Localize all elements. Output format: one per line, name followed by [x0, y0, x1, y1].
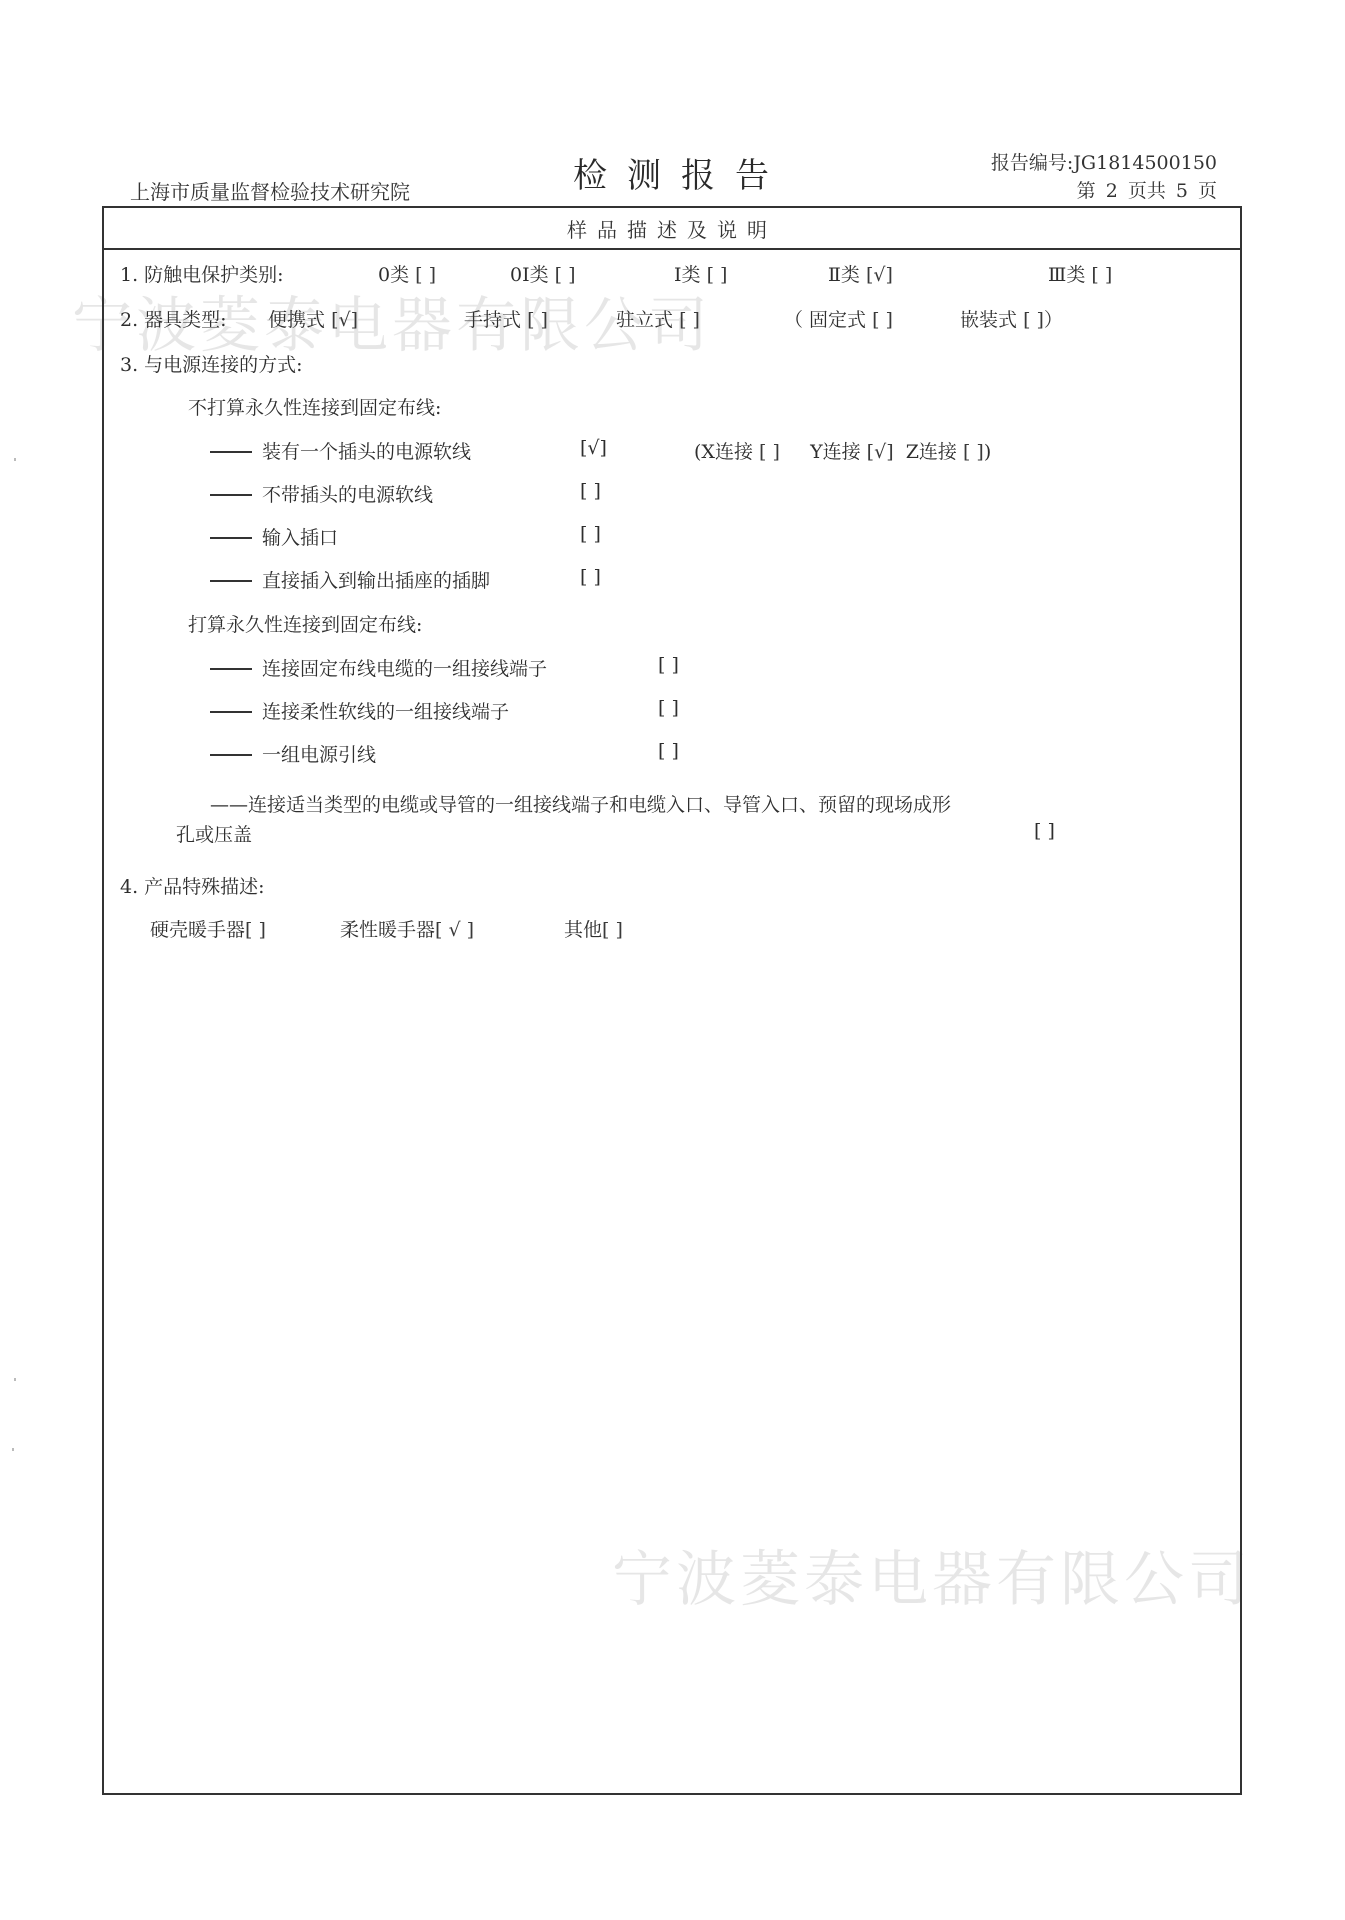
permanent-row-supply-leads: 一组电源引线 — [210, 740, 376, 767]
checkbox[interactable]: [ ] — [555, 264, 576, 286]
option-label: 0类 — [378, 264, 409, 286]
item4-option-hard-shell[interactable]: 硬壳暖手器[ ] — [150, 915, 266, 942]
item2-option-built-in[interactable]: 嵌装式 [ ]） — [960, 305, 1063, 332]
permanent-row-flexible-cord-terminals: 连接柔性软线的一组接线端子 — [210, 697, 509, 724]
checkbox[interactable]: [ ] — [580, 523, 601, 545]
item1-option-classI[interactable]: Ⅰ类 [ ] — [674, 260, 727, 287]
item4-option-other[interactable]: 其他[ ] — [564, 915, 623, 942]
dash-marker — [210, 711, 252, 713]
non-permanent-row-cord-no-plug: 不带插头的电源软线 — [210, 480, 433, 507]
row-label: 装有一个插头的电源软线 — [262, 441, 471, 463]
item3-label: 3. 与电源连接的方式: — [120, 350, 303, 377]
option-label: 0Ⅰ类 — [510, 264, 549, 286]
dash-marker — [210, 754, 252, 756]
item4-label: 4. 产品特殊描述: — [120, 872, 265, 899]
option-label: 其他 — [564, 919, 602, 941]
option-label: 驻立式 — [616, 309, 673, 331]
report-number: 报告编号:JG1814500150 — [991, 148, 1217, 175]
option-label: Ⅰ类 — [674, 264, 701, 286]
row-label: 输入插口 — [262, 527, 338, 549]
item2-option-fixed[interactable]: （ 固定式 [ ] — [784, 305, 893, 332]
row-label: 直接插入到输出插座的插脚 — [262, 570, 490, 592]
checkbox-x-attachment[interactable]: [ ] — [759, 441, 780, 463]
checkbox[interactable]: [ ] — [1034, 820, 1055, 842]
row-label: 连接柔性软线的一组接线端子 — [262, 701, 509, 723]
checkbox[interactable]: [ ] — [707, 264, 728, 286]
option-label-x: X连接 — [701, 441, 753, 463]
checkbox-checked[interactable]: [√] — [580, 437, 607, 459]
checkbox[interactable]: [ ] — [658, 654, 679, 676]
paren-close: ) — [984, 441, 991, 463]
row-label: 一组电源引线 — [262, 744, 376, 766]
option-label: 手持式 — [464, 309, 521, 331]
item1-option-classII[interactable]: Ⅱ类 [√] — [828, 260, 893, 287]
checkbox-checked[interactable]: [√] — [866, 264, 893, 286]
report-number-value: JG1814500150 — [1073, 152, 1217, 174]
option-label: Ⅱ类 — [828, 264, 860, 286]
item2-option-handheld[interactable]: 手持式 [ ] — [464, 305, 548, 332]
scan-speck — [14, 1378, 16, 1381]
dash-marker — [210, 580, 252, 582]
dash-marker — [210, 537, 252, 539]
scan-speck — [14, 458, 16, 461]
scan-speck — [12, 1448, 14, 1451]
dash-marker — [210, 494, 252, 496]
item2-option-stationary[interactable]: 驻立式 [ ] — [616, 305, 700, 332]
attachment-type-group: (X连接 [ ] Y连接 [√] Z连接 [ ]) — [694, 437, 991, 464]
content-frame: 样品描述及说明 1. 防触电保护类别: 0类 [ ] 0Ⅰ类 [ ] Ⅰ类 [ … — [102, 206, 1242, 1795]
option-label: 硬壳暖手器 — [150, 919, 245, 941]
item2-label: 2. 器具类型: — [120, 305, 227, 332]
checkbox[interactable]: [ ] — [527, 309, 548, 331]
item1-option-classIII[interactable]: Ⅲ类 [ ] — [1048, 260, 1112, 287]
report-number-label: 报告编号: — [991, 152, 1073, 174]
option-label: 嵌装式 — [960, 309, 1017, 331]
checkbox[interactable]: [ ] — [679, 309, 700, 331]
option-label: Ⅲ类 — [1048, 264, 1085, 286]
checkbox[interactable]: [ ]） — [1023, 305, 1063, 332]
item4-option-flexible[interactable]: 柔性暖手器[ √ ] — [340, 915, 474, 942]
institute-name: 上海市质量监督检验技术研究院 — [130, 176, 410, 205]
checkbox[interactable]: [ ] — [580, 480, 601, 502]
option-label-y: Y连接 — [810, 441, 861, 463]
checkbox[interactable]: [ ] — [658, 697, 679, 719]
checkbox[interactable]: [ ] — [1091, 264, 1112, 286]
checkbox[interactable]: [ ] — [658, 740, 679, 762]
option-label-z: Z连接 — [906, 441, 957, 463]
item1-option-class0I[interactable]: 0Ⅰ类 [ ] — [510, 260, 576, 287]
checkbox[interactable]: [ ] — [415, 264, 436, 286]
option-label: （ 固定式 — [784, 309, 866, 331]
item1-option-class0[interactable]: 0类 [ ] — [378, 260, 436, 287]
permanent-row-fixed-wiring-terminals: 连接固定布线电缆的一组接线端子 — [210, 654, 547, 681]
section-title: 样品描述及说明 — [104, 208, 1240, 250]
checkbox[interactable]: [ ] — [872, 309, 893, 331]
option-label: 柔性暖手器 — [340, 919, 435, 941]
dash-marker — [210, 668, 252, 670]
row-label: 连接固定布线电缆的一组接线端子 — [262, 658, 547, 680]
checkbox[interactable]: [ ] — [580, 566, 601, 588]
item2-option-portable[interactable]: 便携式 [√] — [268, 305, 358, 332]
option-label: 便携式 — [268, 309, 325, 331]
page-info: 第 2 页共 5 页 — [1077, 176, 1217, 203]
non-permanent-row-plug-cord: 装有一个插头的电源软线 — [210, 437, 471, 464]
permanent-long-row-line1: ——连接适当类型的电缆或导管的一组接线端子和电缆入口、导管入口、预留的现场成形 — [210, 790, 951, 817]
document-title: 检测报告 — [573, 148, 789, 197]
non-permanent-row-inlet: 输入插口 — [210, 523, 338, 550]
item1-label: 1. 防触电保护类别: — [120, 260, 284, 287]
permanent-heading: 打算永久性连接到固定布线: — [188, 610, 422, 637]
permanent-long-row-line2: 孔或压盖 — [176, 820, 252, 847]
checkbox-checked[interactable]: [ √ ] — [435, 919, 474, 941]
row-label: 不带插头的电源软线 — [262, 484, 433, 506]
non-permanent-row-plug-pins: 直接插入到输出插座的插脚 — [210, 566, 490, 593]
dash-marker — [210, 451, 252, 453]
checkbox-y-attachment[interactable]: [√] — [867, 441, 894, 463]
checkbox-z-attachment[interactable]: [ ] — [963, 441, 984, 463]
checkbox-checked[interactable]: [√] — [331, 309, 358, 331]
checkbox[interactable]: [ ] — [602, 919, 623, 941]
checkbox[interactable]: [ ] — [245, 919, 266, 941]
non-permanent-heading: 不打算永久性连接到固定布线: — [188, 393, 441, 420]
